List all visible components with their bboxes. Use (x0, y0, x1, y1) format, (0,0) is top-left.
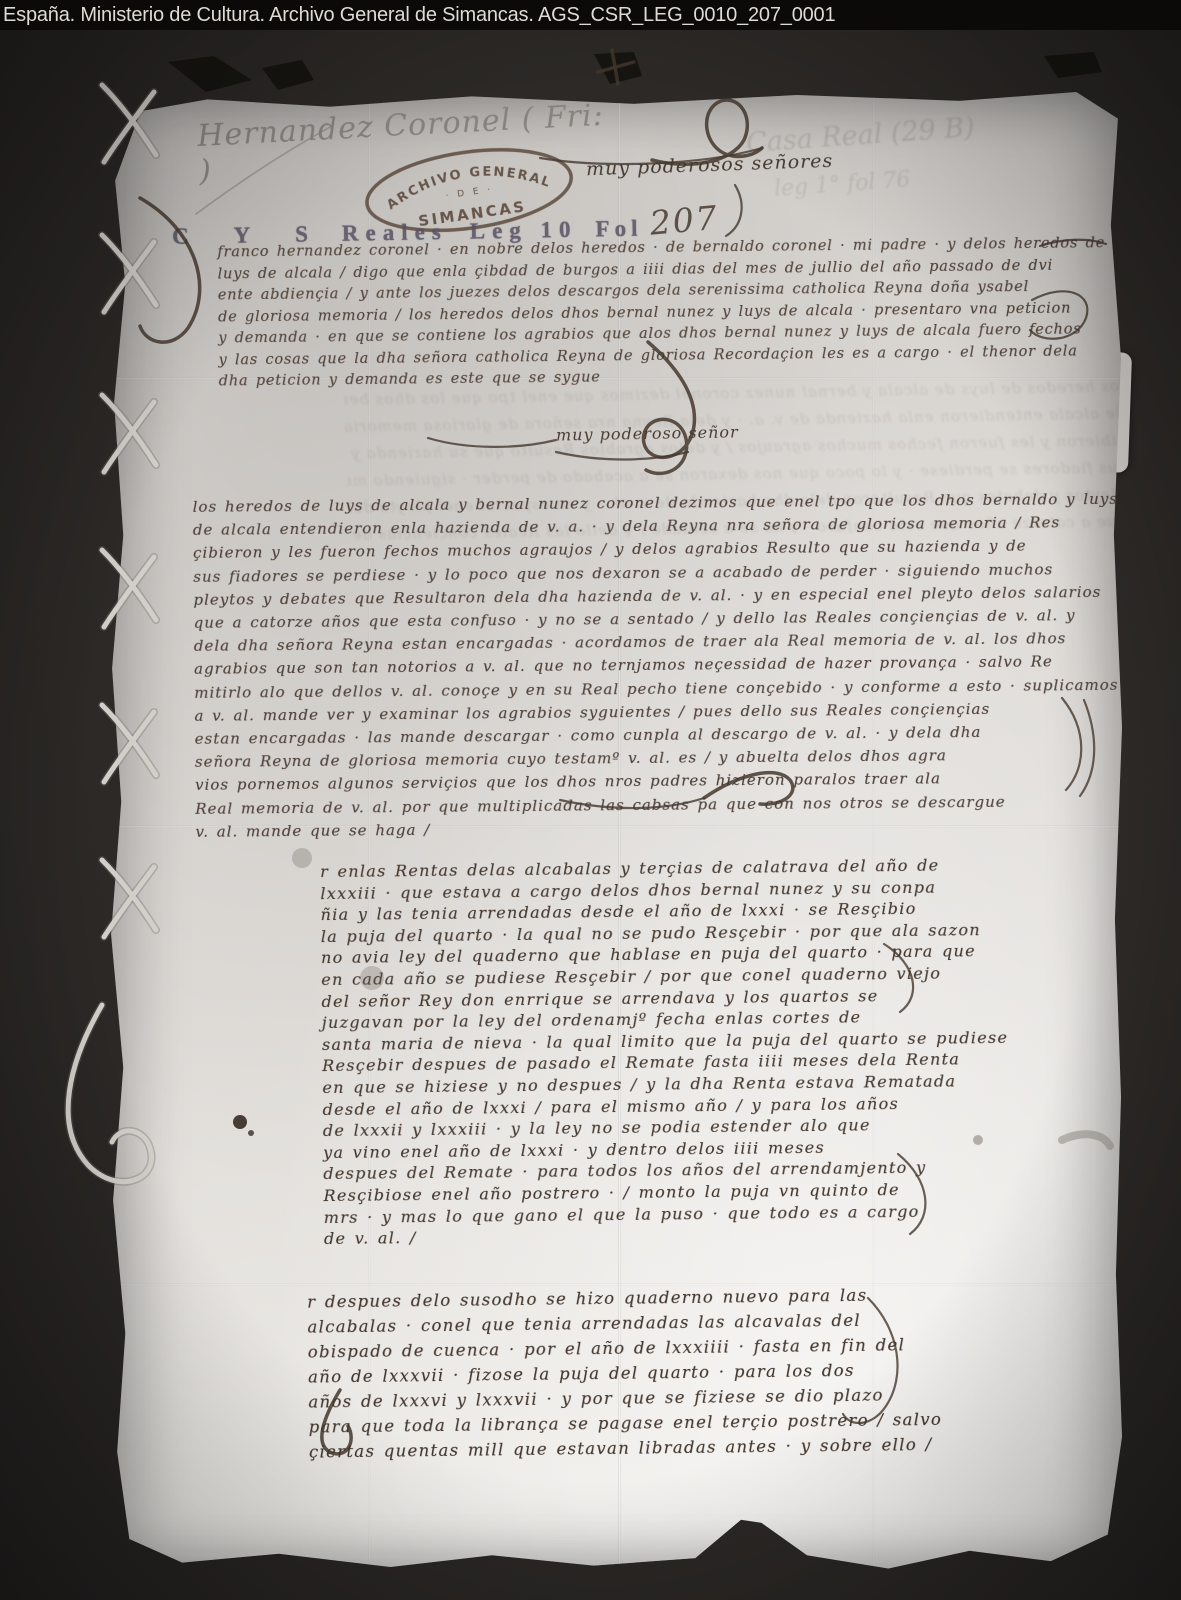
torn-edge-fragment (262, 60, 314, 90)
reference-folio-number: 207 (649, 198, 721, 243)
fold-crease-horizontal-upper (106, 377, 1122, 380)
svg-text:ARCHIVO GENERAL: ARCHIVO GENERAL (381, 154, 555, 214)
pencil-diagonal-stroke (196, 126, 332, 214)
manuscript-line: señora Reyna de gloriosa memoria cuyo te… (195, 743, 1081, 774)
manuscript-line: Resçebir despues de pasado el Remate fas… (322, 1049, 912, 1077)
manuscript-line: los heredos de luys de alcala y bernal n… (192, 488, 1078, 519)
underlying-page-edge (1080, 351, 1132, 473)
manuscript-line: que a catorze años que esta confuso · y … (347, 508, 1127, 542)
pencil-annotation-faint-2: leg 1° fol 76 (773, 167, 911, 201)
manuscript-line: sus fiadores se perdiese · y lo poco que… (346, 454, 1126, 495)
manuscript-line: no avia ley del quaderno que hablase en … (321, 941, 911, 969)
manuscript-line: para que toda la librança se pagase enel… (308, 1407, 902, 1439)
manuscript-line: en cada año se pudiese Resçebir / por qu… (321, 963, 911, 991)
manuscript-line: mitirlo alo que dellos v. al. conoçe y e… (194, 674, 1080, 705)
archive-header-bar: España. Ministerio de Cultura. Archivo G… (0, 0, 1181, 30)
stamp-line-top: ARCHIVO GENERAL (381, 154, 555, 214)
manuscript-line: de v. al. / (324, 1222, 914, 1250)
stamp-line-bottom: SIMANCAS (417, 197, 527, 230)
show-through-text: los heredos de luys de alcala y bernal n… (345, 373, 1128, 542)
manuscript-line: çibieron y les fueron fechos muchos agra… (346, 427, 1126, 468)
manuscript-line: ya vino enel año de lxxxi · y dentro del… (323, 1136, 913, 1164)
manuscript-line: juzgavan por la ley del ordenamjº fecha … (322, 1006, 912, 1034)
manuscript-line: çibieron y les fueron fechos muchos agra… (193, 535, 1079, 566)
manuscript-line: despues del Remate · para todos los años… (323, 1157, 913, 1185)
manuscript-line: estan encargadas · las mande descargar ·… (195, 720, 1081, 751)
manuscript-line: desde el año de lxxxi / para el mismo añ… (322, 1092, 912, 1120)
ink-flourishes (140, 50, 1106, 1454)
text-block-petition-body: los heredos de luys de alcala y bernal n… (192, 488, 1081, 844)
text-block-second-clause: r despues delo susodho se hizo quaderno … (307, 1282, 903, 1464)
manuscript-line: Resçibiose enel año postrero · / monto l… (323, 1179, 913, 1207)
manuscript-line: la puja del quarto · la qual no se pudo … (321, 920, 911, 948)
ink-salutation-top: muy poderosos señores (586, 150, 834, 181)
binding-thread (68, 85, 156, 1182)
manuscript-line: santa maria de nieva · la qual limito qu… (322, 1028, 912, 1056)
manuscript-line: ñia y las tenia arrendadas desde el año … (320, 898, 910, 926)
manuscript-line: alcabalas · conel que tenia arrendadas l… (307, 1307, 901, 1339)
manuscript-line: y demanda · en que se contiene los agrab… (218, 319, 1078, 350)
photograph-background: Hernandez Coronel ( Fri: ) Casa Real (29… (0, 30, 1181, 1600)
ink-flourishes-and-threads (0, 0, 1181, 1600)
torn-edge-fragment (1044, 52, 1102, 78)
fold-crease-vertical-center (618, 92, 621, 1570)
manuscript-line: de gloriosa memoria / los heredos delos … (218, 298, 1078, 329)
manuscript-line: ente abdiençia / y ante los juezes delos… (218, 276, 1078, 307)
fold-crease-vertical-left (368, 92, 371, 1570)
reference-series: Reales (342, 219, 448, 246)
manuscript-line: en que se hiziese y no despues / y la dh… (322, 1071, 912, 1099)
manuscript-line: pleytos y debates que Resultaron dela dh… (193, 581, 1079, 612)
manuscript-page: Hernandez Coronel ( Fri: ) Casa Real (29… (106, 92, 1122, 1570)
torn-edge-fragment (168, 56, 252, 92)
manuscript-line: de lxxxii y lxxxiii · y la ley no se pod… (323, 1114, 913, 1142)
reference-section: C Y S (172, 221, 328, 249)
manuscript-line: mrs · y mas lo que gano el que la puso ·… (324, 1200, 914, 1228)
gray-smudge-swash (1062, 1134, 1110, 1146)
manuscript-line: vios pornemos algunos serviçios que los … (195, 767, 1081, 798)
manuscript-line: de alcala entendieron enla hazienda de v… (345, 400, 1125, 441)
manuscript-line: v. al. mande que se haga / (195, 813, 1081, 844)
manuscript-line: franco hernandez coronel · en nobre delo… (217, 234, 1077, 265)
manuscript-line: Real memoria de v. al. por que multiplic… (195, 790, 1081, 821)
manuscript-line: dha peticion y demanda es este que se sy… (219, 362, 1079, 393)
manuscript-line: año de lxxxvii · fizose la puja del quar… (308, 1357, 902, 1389)
fold-crease-vertical-right (872, 92, 875, 1570)
manuscript-line: r enlas Rentas delas alcabalas y terçias… (320, 855, 910, 883)
text-block-first-clause: r enlas Rentas delas alcabalas y terçias… (320, 855, 914, 1250)
manuscript-line: dela dha señora Reyna estan encargadas ·… (194, 627, 1080, 658)
manuscript-line: luys de alcala / digo que enla çibdad de… (217, 255, 1077, 286)
pencil-annotation-name: Hernandez Coronel ( Fri: ) (196, 97, 619, 189)
manuscript-line: sus fiadores se perdiese · y lo poco que… (193, 558, 1079, 589)
stamp-line-middle: · D E · (445, 185, 494, 202)
manuscript-line: a v. al. mande ver y examinar los agrabi… (194, 697, 1080, 728)
torn-edge-fragment (594, 52, 642, 84)
manuscript-line: años de lxxxvi y lxxxvii · y por que se … (308, 1382, 902, 1414)
manuscript-line: de alcala entendieron enla hazienda de v… (193, 511, 1079, 542)
text-block-petition-intro: franco hernandez coronel · en nobre delo… (217, 234, 1079, 393)
archive-oval-stamp: ARCHIVO GENERAL · D E · SIMANCAS (347, 126, 593, 253)
manuscript-line: r despues delo susodho se hizo quaderno … (307, 1282, 901, 1314)
archive-header-title: España. Ministerio de Cultura. Archivo G… (3, 4, 835, 26)
manuscript-line: dela dha señora Reyna estan encargadas ·… (348, 535, 1128, 542)
manuscript-line: pleytos y debates que Resultaron dela dh… (347, 481, 1127, 522)
screenshot-root: España. Ministerio de Cultura. Archivo G… (0, 0, 1181, 1600)
reference-folio-label: Fol (595, 216, 642, 242)
manuscript-line: lxxxiii · que estava a cargo delos dhos … (320, 877, 910, 905)
stamp-oval-border (362, 138, 577, 242)
fold-crease-horizontal-lower (106, 1283, 1122, 1286)
reference-stamp-line: C Y SRealesLeg 10Fol207 (172, 203, 720, 252)
ink-blots (233, 848, 983, 1145)
manuscript-line: que a catorze años que esta confuso · y … (194, 604, 1080, 635)
manuscript-line: agrabios que son tan notorios a v. al. q… (194, 651, 1080, 682)
manuscript-line: del señor Rey don enrrique se arrendava … (321, 984, 911, 1012)
manuscript-line: y las cosas que la dha señora catholica … (218, 341, 1078, 372)
fold-crease-horizontal-middle (106, 825, 1122, 828)
manuscript-line: los heredos de luys de alcala y bernal n… (345, 373, 1125, 414)
pencil-annotation-faint-1: Casa Real (29 B) (745, 112, 975, 159)
manuscript-line: çiertas quentas mill que estavan librada… (309, 1432, 903, 1464)
manuscript-line: obispado de cuenca · por el año de lxxxi… (308, 1332, 902, 1364)
ink-salutation-center: muy poderoso señor (556, 422, 739, 444)
reference-legajo: Leg 10 (470, 217, 578, 244)
